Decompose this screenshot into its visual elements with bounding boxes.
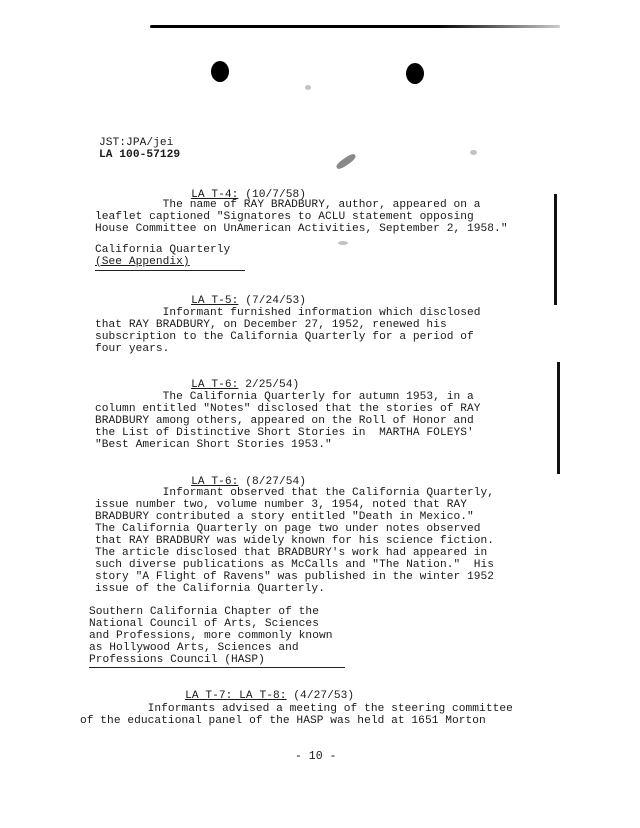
heading-rule: [89, 667, 345, 668]
source-date: 2/25/54): [245, 379, 299, 391]
paragraph-line: The California Quarterly for autumn 1953…: [95, 391, 474, 404]
source-date: (8/27/54): [245, 476, 306, 488]
paragraph-line: column entitled "Notes" disclosed that t…: [95, 403, 481, 416]
source-date: (7/24/53): [245, 295, 306, 307]
org-heading: National Council of Arts, Sciences: [89, 618, 319, 631]
org-heading: Professions Council (HASP): [89, 654, 265, 667]
paragraph-line: BRADBURY among others, appeared on the R…: [95, 415, 474, 428]
org-heading: California Quarterly: [95, 244, 230, 257]
top-rule: [150, 25, 560, 28]
paragraph-line: leaflet captioned "Signatores to ACLU st…: [95, 211, 474, 224]
punch-hole-right: [406, 63, 424, 84]
margin-bar-1: [554, 194, 557, 305]
paragraph-line: The article disclosed that BRADBURY's wo…: [95, 547, 487, 560]
source-label: LA T-6:: [191, 476, 238, 488]
page-number: - 10 -: [295, 750, 336, 763]
paragraph-line: Informants advised a meeting of the stee…: [80, 703, 513, 716]
paragraph-line: BRADBURY contributed a story entitled "D…: [95, 511, 474, 524]
source-label: LA T-5:: [191, 295, 238, 307]
paragraph-line: "Best American Short Stories 1953.": [95, 439, 332, 452]
paragraph-line: issue of the California Quarterly.: [95, 583, 325, 596]
heading-rule: [95, 270, 245, 271]
source-label: LA T-7: LA T-8:: [185, 690, 286, 702]
paragraph-line: that RAY BRADBURY was widely known for h…: [95, 535, 494, 548]
punch-hole-left: [211, 61, 229, 82]
speck: [305, 85, 311, 90]
margin-bar-2: [557, 362, 560, 474]
paragraph-line: Informant furnished information which di…: [95, 307, 481, 320]
org-heading: and Professions, more commonly known: [89, 630, 333, 643]
speck: [338, 241, 348, 245]
file-initials: JST:JPA/jei: [99, 137, 173, 150]
org-heading: Southern California Chapter of the: [89, 606, 319, 619]
paragraph-line: four years.: [95, 343, 169, 356]
paragraph-line: The California Quarterly on page two und…: [95, 523, 481, 536]
org-heading: as Hollywood Arts, Sciences and: [89, 642, 299, 655]
paragraph-line: the List of Distinctive Short Stories in…: [95, 427, 474, 440]
paragraph-line: House Committee on UnAmerican Activities…: [95, 223, 508, 236]
org-heading-appendix: (See Appendix): [95, 256, 190, 269]
paragraph-line: of the educational panel of the HASP was…: [80, 715, 486, 728]
paragraph-line: The name of RAY BRADBURY, author, appear…: [95, 199, 481, 212]
source-label: LA T-6:: [191, 379, 238, 391]
paragraph-line: Informant observed that the California Q…: [95, 487, 494, 500]
paragraph-line: story "A Flight of Ravens" was published…: [95, 571, 494, 584]
source-date: (4/27/53): [293, 690, 354, 702]
speck: [470, 150, 477, 155]
paragraph-line: that RAY BRADBURY, on December 27, 1952,…: [95, 319, 447, 332]
paragraph-line: issue number two, volume number 3, 1954,…: [95, 499, 467, 512]
document-page: JST:JPA/jei LA 100-57129 LA T-4: (10/7/5…: [0, 0, 640, 828]
ink-smudge: [335, 152, 357, 170]
paragraph-line: such diverse publications as McCalls and…: [95, 559, 494, 572]
file-number: LA 100-57129: [99, 149, 180, 162]
paragraph-line: subscription to the California Quarterly…: [95, 331, 474, 344]
